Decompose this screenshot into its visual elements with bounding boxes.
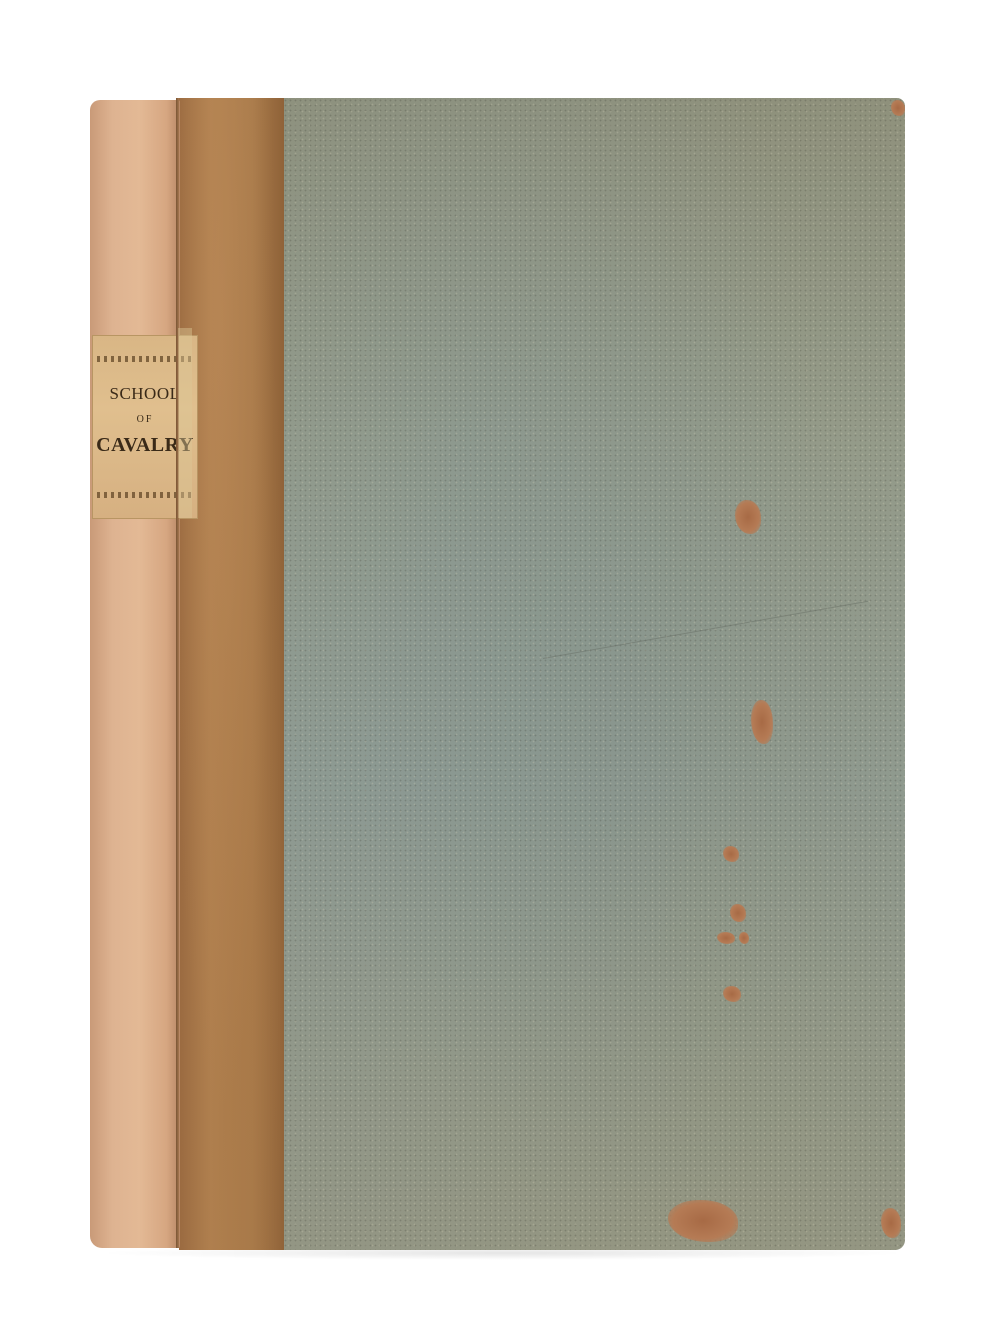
label-tape bbox=[178, 328, 192, 518]
wear-spot bbox=[735, 500, 761, 534]
wear-spot bbox=[717, 932, 735, 944]
wear-spot bbox=[891, 100, 905, 116]
leather-strip bbox=[179, 98, 284, 1250]
spine-joint bbox=[176, 98, 179, 1248]
spine: SCHOOL OF CAVALRY bbox=[90, 100, 180, 1248]
wear-spot bbox=[751, 700, 773, 744]
cloth-texture bbox=[283, 98, 905, 1250]
wear-spot bbox=[723, 986, 741, 1002]
wear-spot bbox=[730, 904, 746, 922]
front-cover-cloth bbox=[283, 98, 905, 1250]
wear-spot bbox=[881, 1208, 901, 1238]
book: SCHOOL OF CAVALRY bbox=[90, 98, 905, 1250]
wear-spot bbox=[723, 846, 739, 862]
wear-spot bbox=[739, 932, 749, 944]
